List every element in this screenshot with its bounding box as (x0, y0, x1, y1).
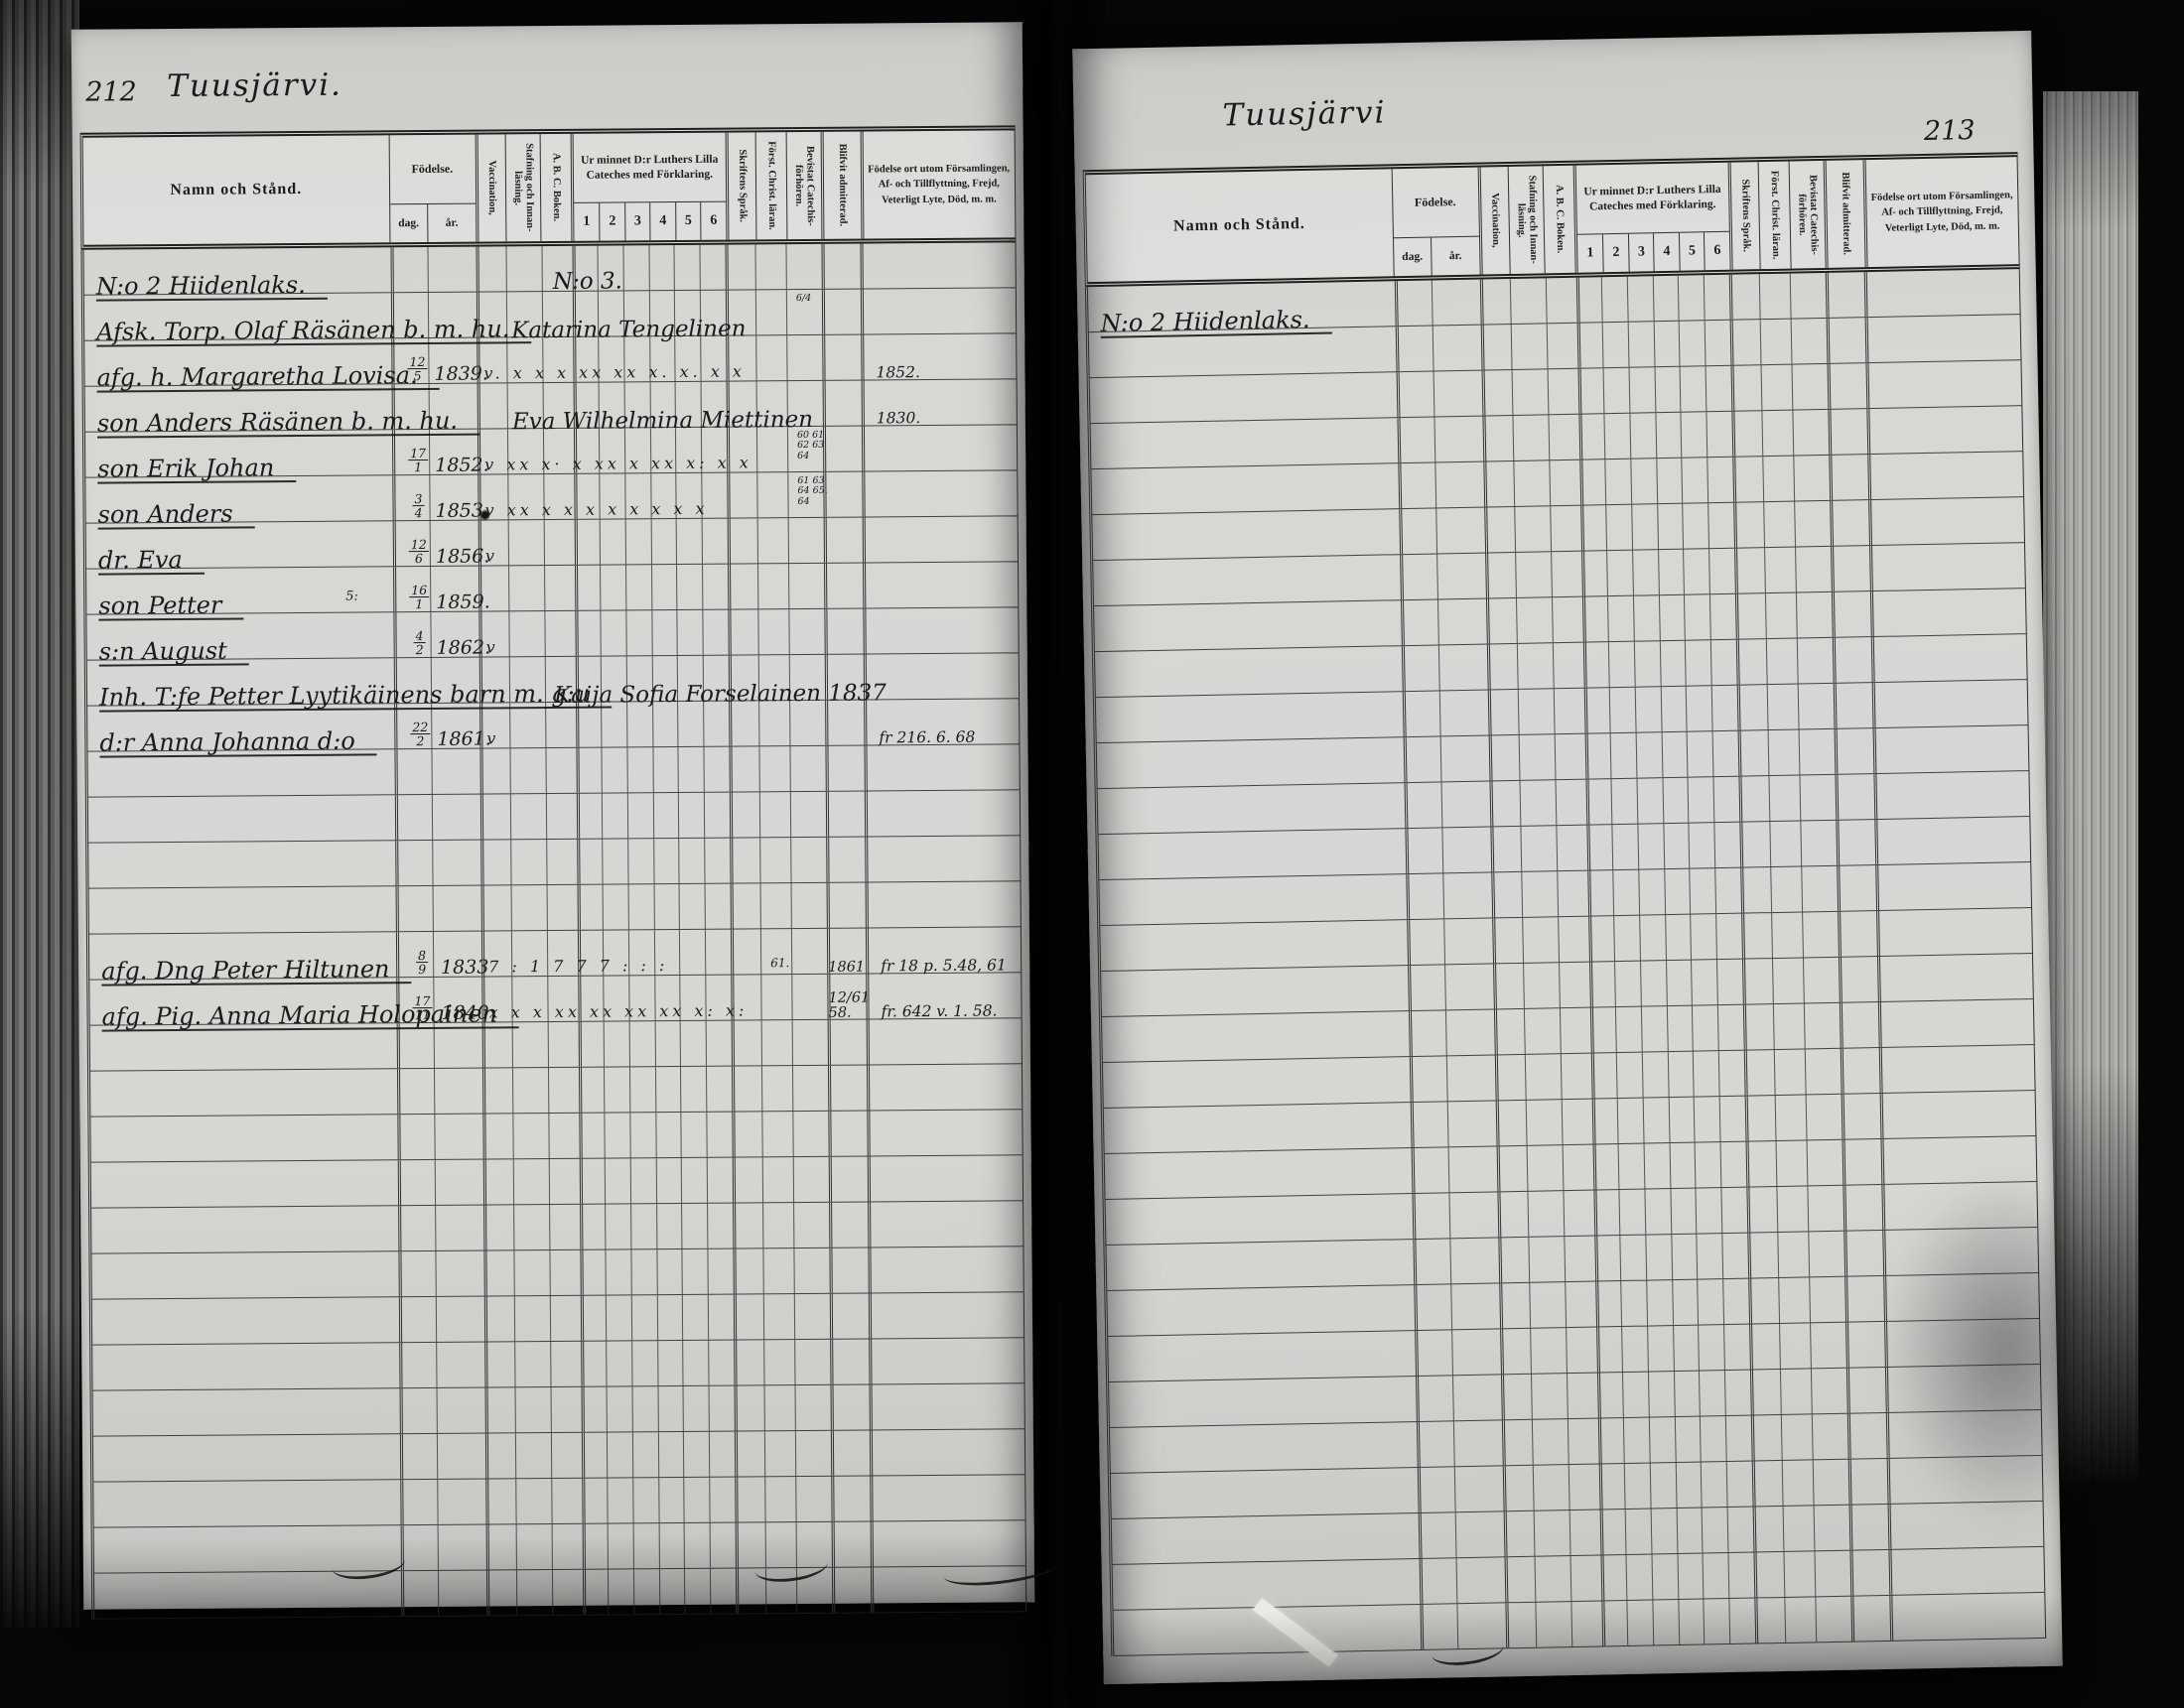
grid-cell (579, 1114, 605, 1158)
grid-cell (869, 1338, 1024, 1383)
col-header-blifvit: Blifvit admitterad. (1824, 160, 1864, 268)
grid-cell (1595, 1281, 1622, 1326)
grid-cell (1486, 598, 1517, 644)
grid-cell (1774, 1049, 1805, 1095)
grid-cell (1534, 1511, 1570, 1556)
grid-cell (1403, 691, 1440, 736)
fraction-bottom: 6 (415, 552, 423, 565)
grid-cell (862, 425, 1017, 470)
grid-cell (1657, 504, 1684, 549)
grid-cell (548, 1068, 579, 1113)
grid-cell (1620, 1236, 1647, 1280)
grid-cell (678, 793, 704, 838)
grid-cell (1714, 868, 1741, 913)
grid-cell (1729, 320, 1760, 365)
grid-cell (1879, 1045, 2035, 1093)
grid-cell (648, 245, 674, 290)
grid-cell (601, 702, 626, 746)
grid-cell (1444, 918, 1493, 964)
grid-cell (651, 610, 677, 655)
grid-cell (1636, 732, 1663, 777)
grid-cell (434, 1023, 482, 1068)
grid-cell (574, 520, 600, 565)
grid-cell (1870, 589, 2026, 636)
grid-cell (794, 1385, 830, 1430)
grid-cell (829, 1294, 869, 1339)
grid-cell (1660, 687, 1687, 731)
grid-cell (1563, 1191, 1593, 1237)
entry-catechism-years: 61 63 64 65. 64 (797, 476, 833, 508)
grid-cell (866, 881, 1021, 927)
grid-cell (516, 1570, 552, 1615)
grid-cell (1706, 458, 1733, 502)
grid-cell (436, 1297, 484, 1342)
grid-cell (483, 1250, 514, 1295)
grid-cell (549, 1159, 580, 1204)
grid-cell (1655, 413, 1682, 458)
grid-cell (1553, 643, 1583, 689)
col-header-cateches-6: 6 (701, 202, 727, 240)
grid-cell (1440, 736, 1489, 782)
grid-cell (762, 1112, 793, 1156)
entry-name: Inh. T:fe Petter Lyytikäinens barn m. g:… (99, 680, 612, 712)
entry-birth-year: 1839. (434, 363, 485, 385)
grid-cell (1105, 1148, 1413, 1199)
grid-cell (608, 1523, 633, 1568)
grid-cell (1741, 913, 1772, 959)
grid-cell (729, 746, 759, 791)
grid-cell (1779, 1323, 1810, 1369)
grid-cell (483, 1159, 514, 1204)
grid-cell (1556, 826, 1586, 871)
grid-cell (1799, 729, 1835, 775)
grid-cell (1626, 1555, 1653, 1600)
grid-cell (705, 884, 731, 929)
grid-cell (657, 1341, 683, 1385)
grid-cell (1625, 1510, 1652, 1554)
grid-cell (1704, 1599, 1730, 1643)
grid-cell (1548, 369, 1578, 415)
grid-cell (577, 885, 603, 930)
grid-cell (1753, 1552, 1784, 1598)
grid-cell (432, 795, 480, 840)
grid-cell (1523, 917, 1559, 963)
col-header-notes: Födelse ort utom Församlingen, Af- och T… (1862, 157, 2018, 267)
grid-cell (1108, 1331, 1416, 1381)
grid-cell (1673, 1326, 1700, 1371)
grid-cell (1495, 1055, 1526, 1101)
grid-cell (734, 1340, 764, 1384)
cateches-subrow: 123456 (574, 202, 726, 241)
grid-cell (1109, 1377, 1417, 1427)
grid-cell (1480, 279, 1511, 325)
grid-cell (1844, 1276, 1884, 1322)
grid-cell (545, 748, 576, 793)
grid-cell (632, 1478, 658, 1522)
grid-cell (1499, 1283, 1530, 1329)
grid-cell (1759, 274, 1790, 320)
grid-cell (600, 519, 625, 564)
grid-cell (1703, 1553, 1729, 1598)
grid-cell (1594, 1236, 1621, 1280)
fraction-bottom: 1 (414, 460, 422, 473)
grid-cell (792, 1112, 828, 1156)
grid-cell (829, 1248, 869, 1293)
grid-cell (93, 1434, 400, 1481)
grid-cell (1633, 595, 1660, 640)
grid-cell (1889, 1593, 2045, 1641)
fraction-top: 16 (409, 584, 429, 597)
grid-cell (1613, 870, 1640, 915)
grid-cell (1525, 1054, 1561, 1100)
grid-cell (1399, 508, 1436, 554)
grid-cell (1750, 1370, 1781, 1415)
grid-cell (785, 244, 821, 289)
grid-cell (89, 886, 396, 933)
grid-cell (1795, 547, 1831, 592)
grid-cell (1846, 1413, 1886, 1459)
grid-cell (677, 702, 703, 746)
cateches-label: Ur minnet D:r Luthers Lilla Cateches med… (573, 133, 726, 203)
entry-catechism-years: 60 61 62 63 64 (797, 431, 833, 462)
grid-cell (1734, 548, 1765, 593)
col-header-cateches-5: 5 (675, 202, 701, 240)
grid-cell (1813, 1460, 1848, 1506)
grid-cell (630, 1204, 656, 1248)
grid-cell (1812, 1414, 1847, 1460)
grid-cell (1438, 645, 1487, 691)
grid-cell (1841, 1094, 1880, 1139)
table-row (88, 836, 1020, 888)
grid-cell (1735, 593, 1766, 639)
grid-cell (581, 1342, 607, 1386)
grid-cell (870, 1475, 1024, 1520)
col-header-cateches-4: 4 (1653, 233, 1679, 271)
fraction-bottom: 1 (415, 597, 423, 610)
grid-cell (476, 246, 506, 291)
grid-cell (1847, 1459, 1887, 1505)
grid-cell (1641, 1006, 1668, 1051)
grid-cell (1676, 1509, 1703, 1553)
grid-cell (658, 1478, 684, 1522)
grid-cell (1726, 1462, 1753, 1507)
col-header-blifvit: Blifvit admitterad. (821, 132, 861, 239)
grid-cell (1404, 736, 1441, 782)
grid-cell (650, 519, 676, 564)
grid-cell (1456, 1557, 1505, 1603)
grid-cell (1546, 278, 1576, 324)
grid-cell (730, 792, 760, 837)
grid-cell (759, 746, 790, 791)
grid-cell (862, 470, 1017, 516)
grid-cell (1794, 501, 1830, 547)
grid-cell (1829, 455, 1868, 500)
grid-cell (1739, 822, 1770, 867)
grid-cell (1694, 1097, 1720, 1141)
grid-cell (826, 838, 866, 882)
grid-cell (1579, 460, 1606, 504)
grid-cell (1103, 1057, 1411, 1108)
grid-cell (831, 1568, 871, 1613)
grid-cell (1869, 543, 2025, 591)
grid-cell (659, 1569, 685, 1614)
grid-cell (1838, 911, 1877, 957)
grid-cell (1809, 1277, 1844, 1323)
col-header-cateches-5: 5 (1679, 232, 1705, 270)
grid-cell (1611, 779, 1638, 824)
grid-cell (1102, 1011, 1410, 1062)
grid-cell (1803, 958, 1839, 1003)
grid-cell (1876, 908, 2032, 956)
grid-cell (1414, 1284, 1451, 1330)
grid-cell (548, 1022, 579, 1067)
grid-cell (677, 610, 703, 655)
grid-cell (761, 1066, 792, 1111)
grid-cell (793, 1157, 829, 1202)
grid-cell (1713, 777, 1740, 822)
grid-cell (398, 1160, 436, 1205)
grid-cell (1830, 500, 1869, 546)
grid-cell (1586, 825, 1613, 869)
grid-cell (1621, 1327, 1648, 1372)
fraction-top: 4 (414, 629, 426, 643)
grid-cell (706, 1021, 732, 1066)
grid-cell (1640, 961, 1667, 1005)
grid-cell (1600, 1555, 1627, 1600)
grid-cell (1806, 1095, 1842, 1140)
grid-cell (1814, 1551, 1849, 1597)
grid-cell (544, 611, 575, 656)
grid-cell (1765, 593, 1796, 639)
grid-cell (1768, 730, 1799, 776)
grid-cell (682, 1295, 708, 1340)
fodelse-label: Födelse. (389, 135, 476, 205)
grid-cell (792, 1020, 828, 1065)
grid-cell (1679, 321, 1706, 365)
grid-cell (1449, 1192, 1498, 1238)
grid-cell (757, 472, 788, 517)
entry-reading-marks: v xx x x x x x x x x (485, 499, 709, 520)
grid-cell (551, 1433, 582, 1478)
grid-cell (830, 1340, 870, 1384)
grid-cell (1698, 1325, 1724, 1370)
grid-cell (1716, 960, 1743, 1004)
grid-cell (1092, 509, 1400, 560)
grid-cell (1777, 1186, 1808, 1232)
grid-cell (552, 1570, 583, 1615)
grid-cell (733, 1248, 763, 1293)
grid-cell (1699, 1371, 1725, 1415)
grid-cell (1516, 552, 1552, 597)
grid-cell (428, 247, 477, 292)
grid-cell (679, 930, 705, 975)
grid-cell (1095, 646, 1403, 697)
grid-cell (1602, 323, 1629, 367)
grid-cell (1642, 1052, 1669, 1097)
grid-cell (709, 1432, 735, 1477)
col-header-stafning: Stafning och Innan-läsning. (505, 134, 541, 241)
grid-cell (709, 1386, 735, 1431)
grid-cell (1838, 957, 1877, 1002)
grid-cell (1107, 1285, 1415, 1336)
col-header-ar: år. (427, 204, 476, 242)
grid-cell (1621, 1281, 1648, 1326)
grid-cell (1601, 277, 1628, 322)
grid-cell (579, 1068, 605, 1113)
grid-cell (1396, 327, 1433, 372)
grid-cell (631, 1295, 657, 1340)
grid-cell (732, 1157, 762, 1202)
grid-cell (512, 1022, 548, 1067)
grid-cell (575, 611, 601, 656)
grid-cell (1704, 275, 1730, 320)
grid-cell (867, 1064, 1022, 1110)
grid-cell (580, 1205, 606, 1249)
entry-birth-year: 1862. (437, 637, 488, 659)
grid-cell (1577, 368, 1604, 413)
grid-cell (1664, 869, 1691, 914)
grid-cell (1099, 874, 1407, 925)
grid-cell (680, 1021, 706, 1066)
grid-cell (703, 702, 729, 746)
grid-cell (1608, 642, 1635, 687)
col-header-vaccination: Vaccination, (1477, 167, 1510, 275)
grid-cell (1447, 1101, 1496, 1146)
grid-cell (437, 1434, 485, 1479)
grid-cell (1481, 325, 1512, 370)
grid-cell (1656, 459, 1683, 503)
grid-cell (88, 841, 395, 887)
col-header-abc-label: A. B. C. Boken. (550, 153, 562, 221)
grid-cell (1439, 691, 1488, 736)
grid-cell (827, 1066, 867, 1111)
grid-cell (1496, 1101, 1527, 1146)
grid-cell (756, 427, 787, 471)
grid-cell (824, 564, 864, 608)
grid-cell (1090, 372, 1398, 423)
entry-name: d:r Anna Johanna d:o (99, 727, 377, 758)
grid-cell (1442, 827, 1491, 872)
grid-cell (1845, 1322, 1885, 1368)
grid-cell (1693, 1051, 1719, 1096)
grid-cell (575, 566, 601, 610)
grid-cell (1098, 829, 1406, 879)
grid-cell (1712, 731, 1739, 776)
col-header-blifvit-label: Blifvit admitterad. (836, 144, 848, 226)
table-header: Namn och Stånd.Födelse.dag.år.Vaccinatio… (80, 125, 1017, 249)
grid-cell (825, 746, 865, 791)
grid-cell (1826, 318, 1865, 363)
grid-cell (607, 1386, 632, 1431)
grid-cell (437, 1343, 485, 1387)
grid-cell (546, 840, 577, 884)
entry-name: Afsk. Torp. Olaf Räsänen b. m. hu. (96, 316, 531, 347)
grid-cell (1701, 1462, 1727, 1507)
grid-cell (395, 795, 433, 840)
grid-cell (681, 1113, 707, 1157)
table-row: afg. Dng Peter Hiltunen8918337 : 1 7 7 7… (89, 927, 1021, 980)
grid-cell (793, 1203, 829, 1248)
grid-cell (1511, 324, 1547, 369)
grid-cell (1690, 868, 1716, 913)
grid-cell (1570, 1511, 1600, 1556)
table-header: Namn och Stånd.Födelse.dag.år.Vaccinatio… (1083, 152, 2020, 287)
table-body: N:o 2 Hiidenlaks.N:o 3.Afsk. Torp. Olaf … (81, 242, 1027, 1619)
grid-cell (625, 565, 651, 609)
grid-cell (1452, 1329, 1501, 1375)
grid-cell (1695, 1142, 1721, 1187)
grid-cell (1685, 640, 1711, 685)
grid-cell (1601, 1601, 1628, 1645)
grid-cell (511, 885, 547, 930)
grid-cell (1687, 731, 1713, 776)
grid-cell (678, 747, 704, 792)
grid-cell (1106, 1240, 1414, 1290)
grid-cell (1767, 685, 1798, 730)
grid-cell (432, 749, 480, 794)
grid-cell (508, 520, 544, 565)
grid-cell (1769, 776, 1800, 822)
grid-cell (1395, 281, 1433, 327)
grid-cell (1688, 777, 1714, 822)
grid-cell (1453, 1420, 1502, 1466)
grid-cell (684, 1523, 710, 1568)
grid-cell (1845, 1368, 1885, 1413)
grid-cell (1731, 411, 1762, 457)
grid-cell (1776, 1140, 1807, 1186)
grid-cell (764, 1431, 795, 1476)
grid-cell (1719, 1097, 1746, 1141)
grid-cell (867, 1018, 1022, 1064)
grid-cell (550, 1342, 581, 1386)
grid-cell (1868, 497, 2024, 545)
birth-day-fraction: 42 (414, 629, 426, 656)
grid-cell (1751, 1461, 1782, 1507)
col-header-bevistat-label: Bevistat Catechis-förhören. (792, 132, 816, 239)
grid-cell (1717, 1005, 1744, 1050)
grid-cell (1706, 366, 1732, 411)
grid-cell (603, 884, 628, 929)
grid-cell (1096, 692, 1404, 742)
grid-cell (1402, 645, 1439, 691)
grid-cell (1782, 1460, 1813, 1506)
grid-cell (1661, 732, 1688, 777)
grid-cell (825, 701, 865, 745)
page-number-right: 213 (1924, 115, 1976, 147)
col-header-fodelse: Födelse.dag.år. (388, 135, 476, 243)
grid-cell (684, 1478, 710, 1522)
col-header-bevistat: Bevistat Catechis-förhören. (785, 132, 821, 239)
grid-cell (1593, 1190, 1620, 1235)
col-header-namn: Namn och Stånd. (1086, 169, 1394, 282)
grid-cell (790, 883, 826, 928)
grid-cell (629, 1113, 655, 1157)
entry-name: dr. Eva (98, 546, 205, 575)
grid-cell (1683, 549, 1709, 593)
grid-cell (1557, 871, 1587, 917)
grid-cell (763, 1294, 794, 1339)
grid-cell (710, 1569, 736, 1614)
grid-cell (627, 839, 653, 883)
grid-cell (1811, 1369, 1846, 1414)
grid-cell (1564, 1237, 1594, 1282)
grid-cell (1580, 505, 1607, 550)
grid-cell (1565, 1282, 1595, 1328)
grid-cell (1643, 1098, 1670, 1142)
grid-cell (657, 1386, 683, 1431)
grid-cell (1554, 689, 1584, 734)
grid-cell (506, 246, 542, 291)
